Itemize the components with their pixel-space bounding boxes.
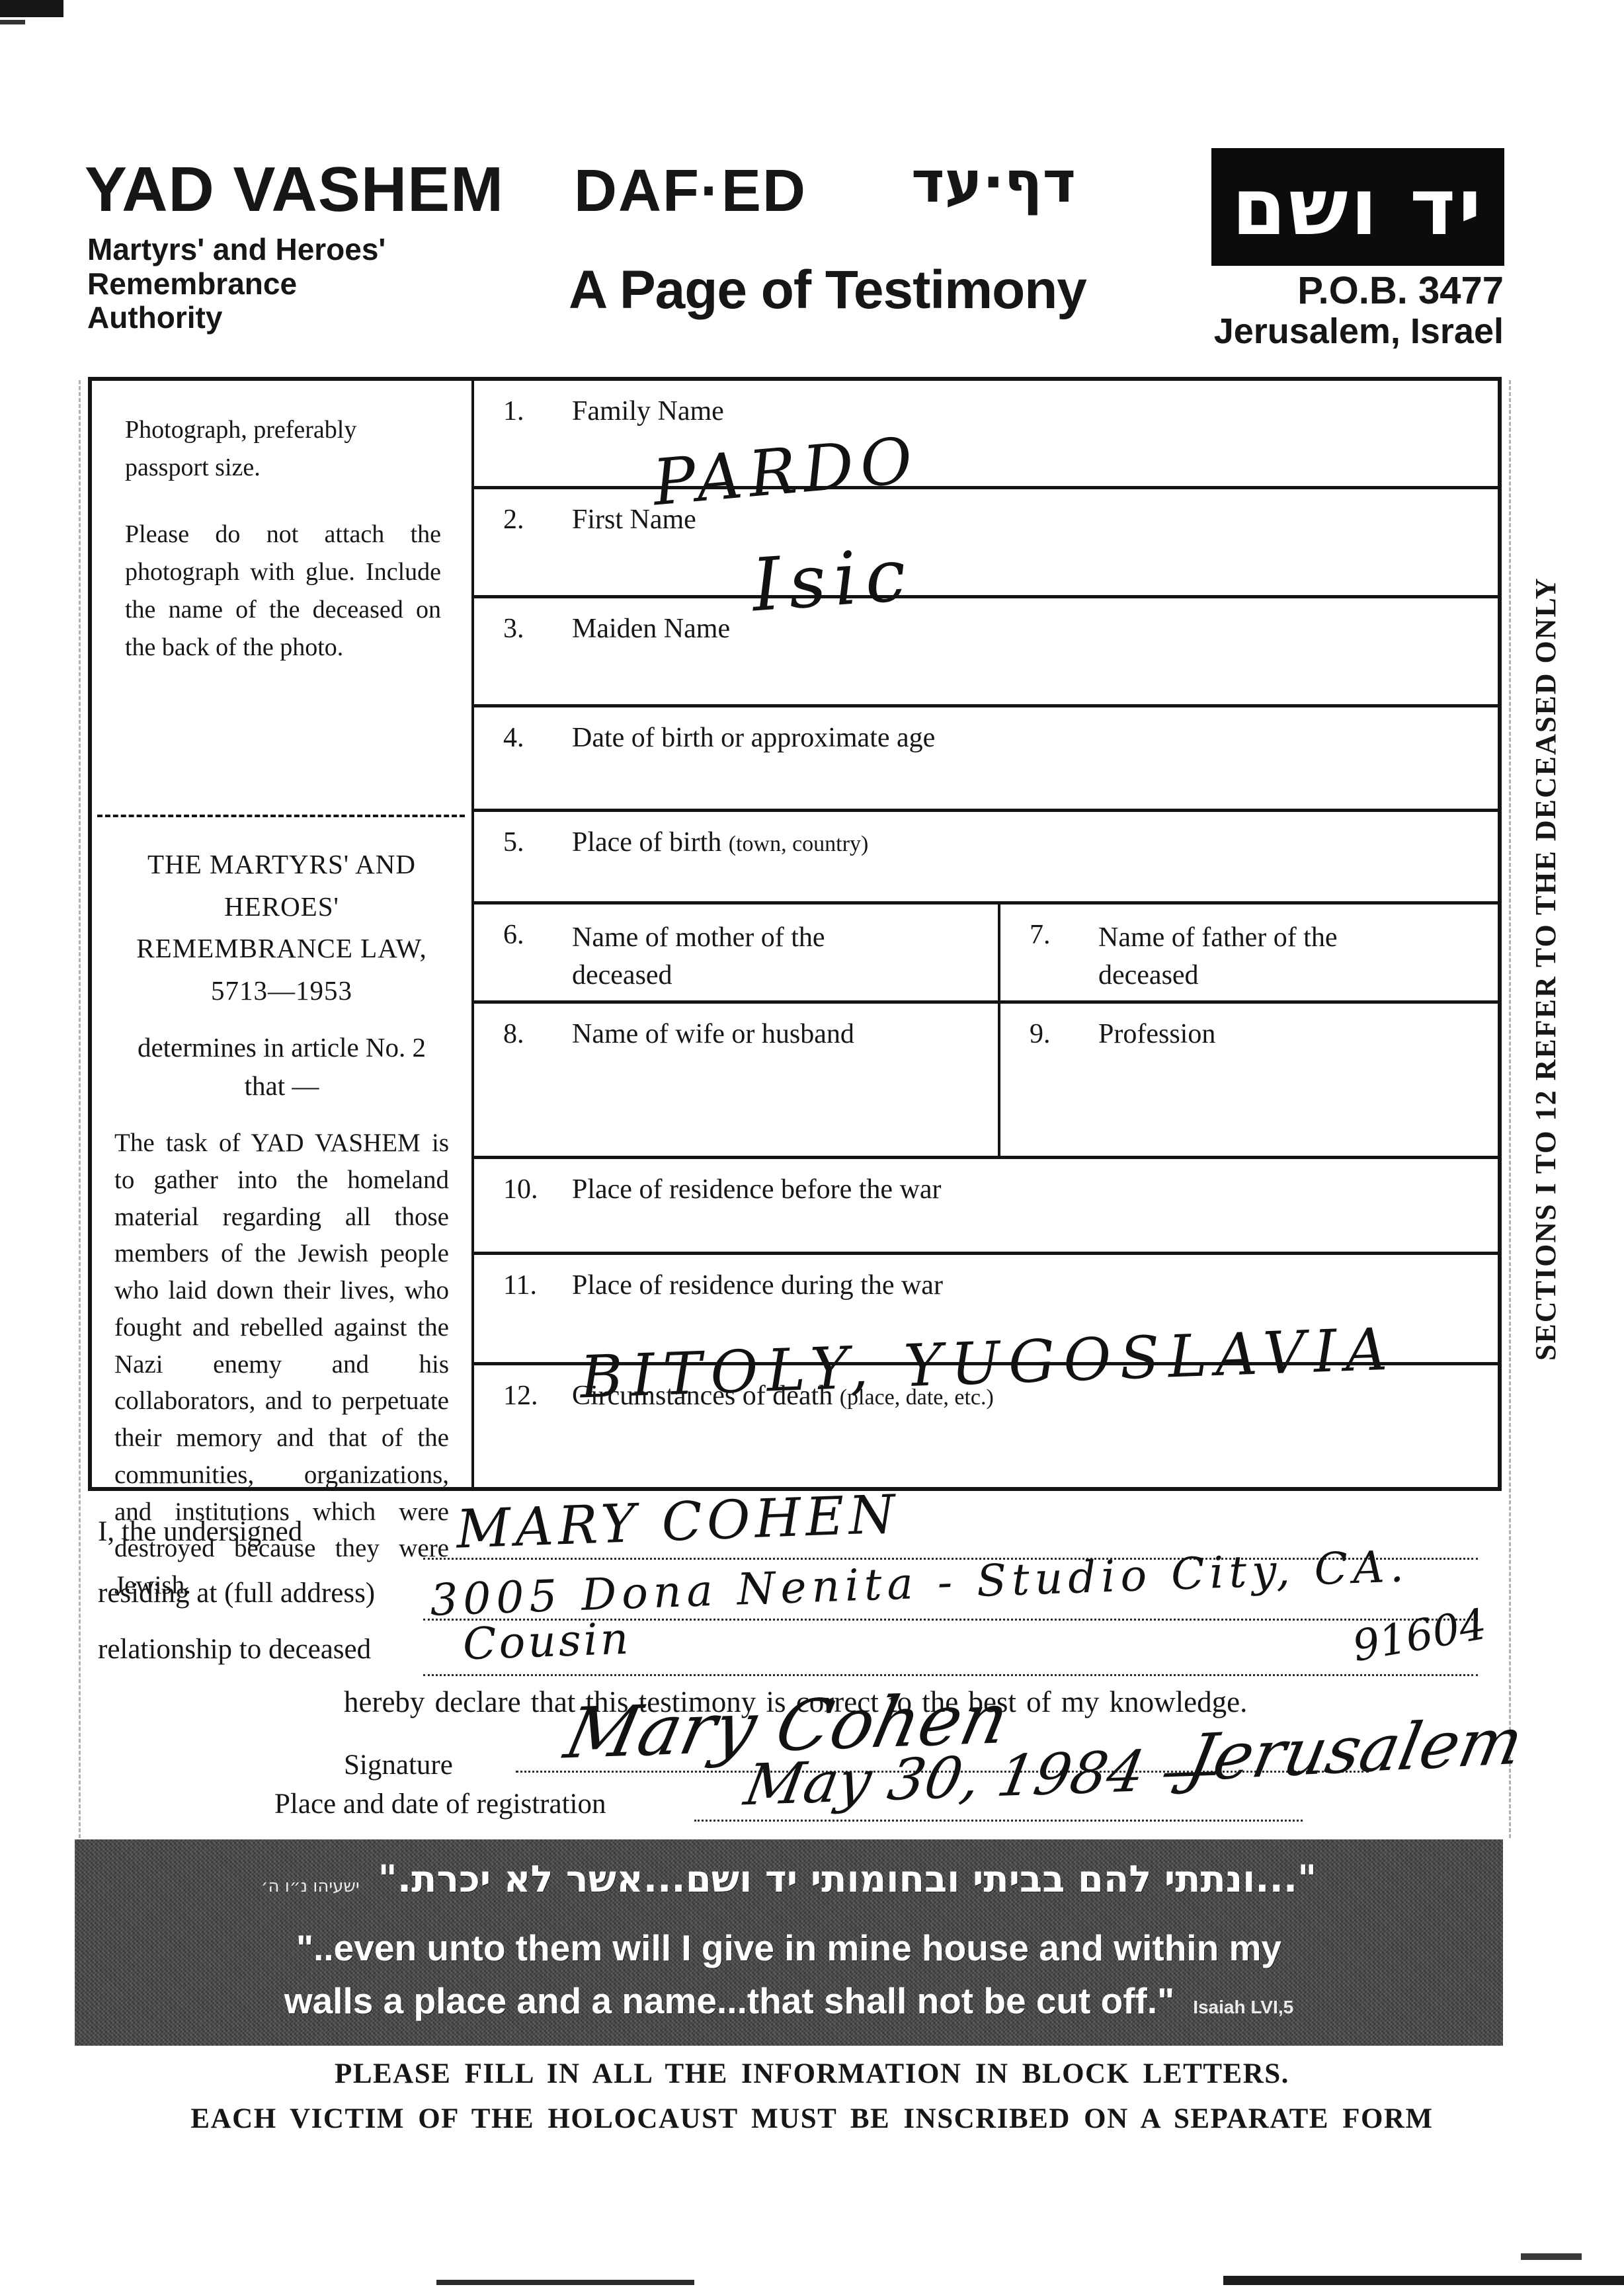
- registration-place-handwritten: Jerusalem: [1182, 1709, 1527, 1791]
- field-label: Date of birth or approximate age: [572, 723, 935, 753]
- field-head: 10.Place of residence before the war: [474, 1159, 1498, 1205]
- field-cell-spouse: 8.Name of wife or husband: [474, 1004, 1000, 1156]
- field-label-suffix: (town, country): [729, 832, 869, 856]
- field-number: 9.: [1030, 1018, 1098, 1050]
- law-box: THE MARTYRS' AND HEROES' REMEMBRANCE LAW…: [114, 844, 449, 1604]
- english-quote-row-1: "..even unto them will I give in mine ho…: [75, 1927, 1503, 1969]
- field-label: Name of wife or husband: [572, 1019, 854, 1049]
- field-label: Place of residence before the war: [572, 1174, 942, 1205]
- field-row-spouse-profession: 8.Name of wife or husband 9.Profession: [474, 1004, 1498, 1159]
- field-label: Maiden Name: [572, 614, 730, 644]
- photo-instructions-line1: Photograph, preferably passport size.: [125, 411, 441, 487]
- left-column-divider: [97, 815, 465, 817]
- registration-date-handwritten: May 30, 1984 —: [741, 1741, 1225, 1814]
- residing-value-handwritten: 3005 Dona Nenita - Studio City, CA.: [429, 1545, 1409, 1623]
- dotted-line: [694, 1820, 1303, 1822]
- field-cell-father: 7.Name of father of the deceased: [1000, 905, 1498, 1000]
- dotted-line: [423, 1674, 1478, 1676]
- field-head: 11.Place of residence during the war: [474, 1255, 1498, 1301]
- field-head: 7.Name of father of the deceased: [1000, 905, 1498, 994]
- field-number: 8.: [503, 1018, 572, 1050]
- signature-label: Signature: [344, 1749, 453, 1781]
- field-label: Profession: [1098, 1019, 1215, 1049]
- scan-artifact-bottom-1: [436, 2280, 694, 2285]
- org-subtitle-line1: Martyrs' and Heroes': [87, 233, 386, 267]
- field-head: 5.Place of birth (town, country): [474, 812, 1498, 858]
- field-head: 4.Date of birth or approximate age: [474, 707, 1498, 754]
- field-label: First Name: [572, 504, 696, 535]
- field-cell-profession: 9.Profession: [1000, 1004, 1498, 1156]
- sidebar-note: SECTIONS I TO 12 REFER TO THE DECEASED O…: [1529, 577, 1563, 1361]
- residing-label: residing at (full address): [98, 1577, 375, 1609]
- field-number: 10.: [503, 1174, 572, 1205]
- undersigned-label: I, the undersigned: [98, 1515, 302, 1548]
- field-row-family-name: 1.Family Name PARDO: [474, 381, 1498, 489]
- field-row-mother-father: 6.Name of mother of the deceased 7.Name …: [474, 905, 1498, 1004]
- law-subtitle: determines in article No. 2 that —: [123, 1029, 440, 1105]
- form-title: A Page of Testimony: [569, 259, 1086, 321]
- scan-artifact-bottom-3: [1521, 2253, 1582, 2260]
- field-head: 2.First Name: [474, 489, 1498, 536]
- scan-artifact-top-left-2: [0, 20, 25, 24]
- zip-handwritten: 91604: [1350, 1603, 1490, 1668]
- page-of-testimony-scan: YAD VASHEM Martyrs' and Heroes' Remembra…: [0, 0, 1624, 2293]
- hebrew-quote-row: ישעיהו נ״ו ה׳ "...ונתתי להם בביתי ובחומו…: [75, 1858, 1503, 1901]
- photo-instructions: Photograph, preferably passport size. Pl…: [125, 411, 441, 696]
- hebrew-citation: ישעיהו נ״ו ה׳: [261, 1876, 360, 1896]
- scan-artifact-bottom-2: [1223, 2276, 1624, 2285]
- english-quote-line2: walls a place and a name...that shall no…: [284, 1980, 1174, 2022]
- footer-line2: EACH VICTIM OF THE HOLOCAUST MUST BE INS…: [0, 2103, 1624, 2135]
- form-code-hebrew: דף·עד: [911, 149, 1076, 216]
- field-number: 6.: [503, 919, 572, 951]
- quote-banner: ישעיהו נ״ו ה׳ "...ונתתי להם בביתי ובחומו…: [75, 1839, 1503, 2046]
- hebrew-quote: "...ונתתי להם בביתי ובחומותי יד ושם...אש…: [378, 1858, 1317, 1901]
- field-label: Name of father of the deceased: [1098, 919, 1383, 994]
- field-row-residence-during-war: 11.Place of residence during the war BIT…: [474, 1255, 1498, 1365]
- org-name: YAD VASHEM: [85, 153, 504, 226]
- field-row-date-of-birth: 4.Date of birth or approximate age: [474, 707, 1498, 812]
- left-column: Photograph, preferably passport size. Pl…: [92, 381, 474, 1487]
- scan-artifact-top-left: [0, 0, 63, 17]
- field-cell-mother: 6.Name of mother of the deceased: [474, 905, 1000, 1000]
- logo-hebrew-text: יד ושם: [1232, 161, 1484, 253]
- law-title: THE MARTYRS' AND HEROES' REMEMBRANCE LAW…: [114, 844, 449, 1012]
- undersigned-value-handwritten: MARY COHEN: [456, 1488, 901, 1556]
- page-fold-right-edge: [1509, 380, 1511, 1838]
- footer-line1: PLEASE FILL IN ALL THE INFORMATION IN BL…: [0, 2058, 1624, 2090]
- form-code: DAF·ED: [574, 157, 807, 225]
- photo-instructions-line2: Please do not attach the photograph with…: [125, 516, 441, 666]
- field-row-maiden-name: 3.Maiden Name: [474, 598, 1498, 707]
- field-label: Place of residence during the war: [572, 1270, 943, 1301]
- field-label: Family Name: [572, 396, 724, 426]
- field-row-residence-before-war: 10.Place of residence before the war: [474, 1159, 1498, 1255]
- field-head: 3.Maiden Name: [474, 598, 1498, 645]
- registration-label: Place and date of registration: [274, 1788, 606, 1820]
- field-number: 11.: [503, 1269, 572, 1301]
- field-number: 2.: [503, 504, 572, 536]
- org-subtitle: Martyrs' and Heroes' Remembrance Authori…: [87, 233, 386, 335]
- form-table: Photograph, preferably passport size. Pl…: [88, 377, 1502, 1491]
- field-number: 3.: [503, 613, 572, 645]
- fields-column: 1.Family Name PARDO 2.First Name Isic 3.…: [474, 381, 1498, 1487]
- relationship-label: relationship to deceased: [98, 1633, 371, 1666]
- field-number: 12.: [503, 1380, 572, 1412]
- field-label-suffix: (place, date, etc.): [840, 1385, 994, 1410]
- field-label: Place of birth: [572, 827, 721, 858]
- english-quote-line1: "..even unto them will I give in mine ho…: [296, 1927, 1281, 1969]
- field-number: 7.: [1030, 919, 1098, 951]
- english-citation: Isaiah LVI,5: [1193, 1997, 1293, 2018]
- org-subtitle-line2: Remembrance: [87, 267, 386, 302]
- yad-vashem-logo: יד ושם: [1211, 148, 1504, 266]
- field-label: Name of mother of the deceased: [572, 919, 856, 994]
- field-label: Circumstances of death: [572, 1381, 832, 1411]
- org-subtitle-line3: Authority: [87, 301, 386, 335]
- relationship-value-handwritten: Cousin: [462, 1617, 631, 1667]
- field-head: 12.Circumstances of death (place, date, …: [474, 1365, 1498, 1412]
- field-head: 9.Profession: [1000, 1004, 1498, 1050]
- field-head: 8.Name of wife or husband: [474, 1004, 998, 1050]
- field-number: 4.: [503, 722, 572, 754]
- field-head: 1.Family Name: [474, 381, 1498, 427]
- field-number: 5.: [503, 826, 572, 858]
- pob-line: P.O.B. 3477: [1297, 268, 1504, 313]
- field-row-place-of-birth: 5.Place of birth (town, country): [474, 812, 1498, 905]
- field-row-first-name: 2.First Name Isic: [474, 489, 1498, 598]
- field-number: 1.: [503, 395, 572, 427]
- field-head: 6.Name of mother of the deceased: [474, 905, 998, 994]
- page-fold-left-edge: [79, 380, 81, 1838]
- field-row-circumstances-of-death: 12.Circumstances of death (place, date, …: [474, 1365, 1498, 1487]
- location-line: Jerusalem, Israel: [1214, 311, 1504, 352]
- english-quote-row-2: walls a place and a name...that shall no…: [75, 1980, 1503, 2022]
